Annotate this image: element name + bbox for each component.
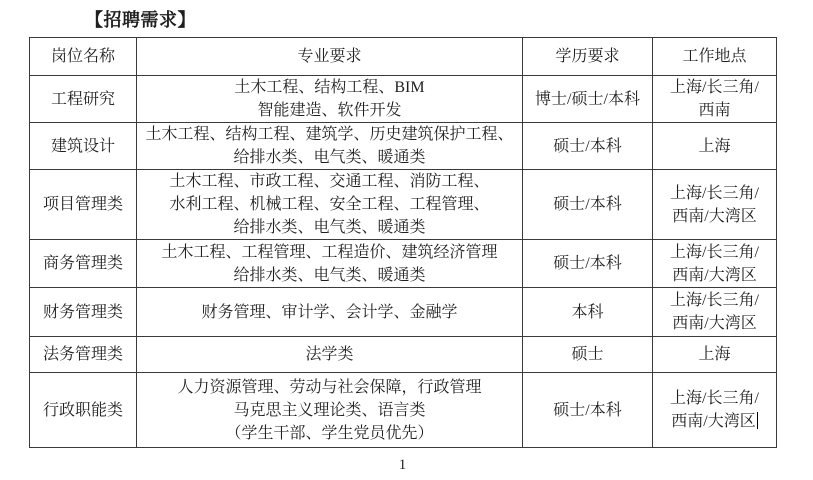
major-line: 智能建造、软件开发 [139, 99, 520, 122]
cell-education: 硕士/本科 [523, 170, 653, 240]
major-line: 土木工程、工程管理、工程造价、建筑经济管理 [139, 241, 520, 264]
cell-education: 硕士/本科 [523, 240, 653, 288]
major-line: 人力资源管理、劳动与社会保障，行政管理 [139, 376, 520, 399]
location-line: 西南/大湾区 [655, 312, 774, 335]
major-line: 给排水类、电气类、暖通类 [139, 216, 520, 239]
major-line: 水利工程、机械工程、安全工程、工程管理、 [139, 193, 520, 216]
page-number: 1 [29, 457, 776, 474]
column-header-location: 工作地点 [653, 38, 777, 76]
table-row: 行政职能类 人力资源管理、劳动与社会保障，行政管理 马克思主义理论类、语言类 （… [30, 373, 777, 448]
major-line: 土木工程、市政工程、交通工程、消防工程、 [139, 170, 520, 193]
cell-education: 本科 [523, 288, 653, 337]
cell-major-requirements: 人力资源管理、劳动与社会保障，行政管理 马克思主义理论类、语言类 （学生干部、学… [137, 373, 523, 448]
major-line: 土木工程、结构工程、建筑学、历史建筑保护工程、 [139, 123, 520, 146]
cell-major-requirements: 法学类 [137, 337, 523, 373]
major-line: （学生干部、学生党员优先） [139, 422, 520, 445]
location-line: 上海/长三角/ [655, 182, 774, 205]
major-line: 给排水类、电气类、暖通类 [139, 146, 520, 169]
table-header-row: 岗位名称 专业要求 学历要求 工作地点 [30, 38, 777, 76]
cell-education: 硕士 [523, 337, 653, 373]
table-row: 建筑设计 土木工程、结构工程、建筑学、历史建筑保护工程、 给排水类、电气类、暖通… [30, 123, 777, 170]
cell-education: 硕士/本科 [523, 123, 653, 170]
recruitment-table: 岗位名称 专业要求 学历要求 工作地点 工程研究 土木工程、结构工程、BIM 智… [29, 37, 777, 448]
location-line: 上海/长三角/ [655, 289, 774, 312]
cell-location: 上海 [653, 337, 777, 373]
major-line: 马克思主义理论类、语言类 [139, 399, 520, 422]
cell-position: 财务管理类 [30, 288, 137, 337]
major-line: 土木工程、结构工程、BIM [139, 76, 520, 99]
location-line: 西南/大湾区 [655, 264, 774, 287]
cell-location: 上海/长三角/ 西南/大湾区 [653, 288, 777, 337]
cell-position: 建筑设计 [30, 123, 137, 170]
cell-major-requirements: 财务管理、审计学、会计学、金融学 [137, 288, 523, 337]
cell-position: 商务管理类 [30, 240, 137, 288]
table-row: 工程研究 土木工程、结构工程、BIM 智能建造、软件开发 博士/硕士/本科 上海… [30, 76, 777, 123]
cell-location: 上海/长三角/ 西南 [653, 76, 777, 123]
table-row: 项目管理类 土木工程、市政工程、交通工程、消防工程、 水利工程、机械工程、安全工… [30, 170, 777, 240]
table-row: 商务管理类 土木工程、工程管理、工程造价、建筑经济管理 给排水类、电气类、暖通类… [30, 240, 777, 288]
cell-position: 法务管理类 [30, 337, 137, 373]
cell-position: 工程研究 [30, 76, 137, 123]
cell-major-requirements: 土木工程、结构工程、建筑学、历史建筑保护工程、 给排水类、电气类、暖通类 [137, 123, 523, 170]
location-line: 上海 [655, 135, 774, 158]
major-line: 给排水类、电气类、暖通类 [139, 264, 520, 287]
cell-education: 硕士/本科 [523, 373, 653, 448]
location-line: 上海 [655, 343, 774, 366]
table-row: 法务管理类 法学类 硕士 上海 [30, 337, 777, 373]
cell-location[interactable]: 上海/长三角/ 西南/大湾区 [653, 373, 777, 448]
cell-location: 上海/长三角/ 西南/大湾区 [653, 170, 777, 240]
location-line: 上海/长三角/ [655, 387, 774, 410]
major-line: 财务管理、审计学、会计学、金融学 [139, 301, 520, 324]
table-row: 财务管理类 财务管理、审计学、会计学、金融学 本科 上海/长三角/ 西南/大湾区 [30, 288, 777, 337]
location-line: 上海/长三角/ [655, 76, 774, 99]
column-header-position: 岗位名称 [30, 38, 137, 76]
cell-major-requirements: 土木工程、结构工程、BIM 智能建造、软件开发 [137, 76, 523, 123]
cell-major-requirements: 土木工程、工程管理、工程造价、建筑经济管理 给排水类、电气类、暖通类 [137, 240, 523, 288]
location-line: 西南 [655, 99, 774, 122]
page-title: 【招聘需求】 [85, 9, 813, 31]
major-line: 法学类 [139, 343, 520, 366]
cell-education: 博士/硕士/本科 [523, 76, 653, 123]
column-header-education: 学历要求 [523, 38, 653, 76]
text-cursor [757, 412, 758, 429]
location-line: 西南/大湾区 [655, 410, 774, 433]
column-header-major: 专业要求 [137, 38, 523, 76]
cell-location: 上海/长三角/ 西南/大湾区 [653, 240, 777, 288]
location-line: 上海/长三角/ [655, 241, 774, 264]
cell-position: 项目管理类 [30, 170, 137, 240]
location-line: 西南/大湾区 [655, 205, 774, 228]
cell-major-requirements: 土木工程、市政工程、交通工程、消防工程、 水利工程、机械工程、安全工程、工程管理… [137, 170, 523, 240]
cell-position: 行政职能类 [30, 373, 137, 448]
cell-location: 上海 [653, 123, 777, 170]
